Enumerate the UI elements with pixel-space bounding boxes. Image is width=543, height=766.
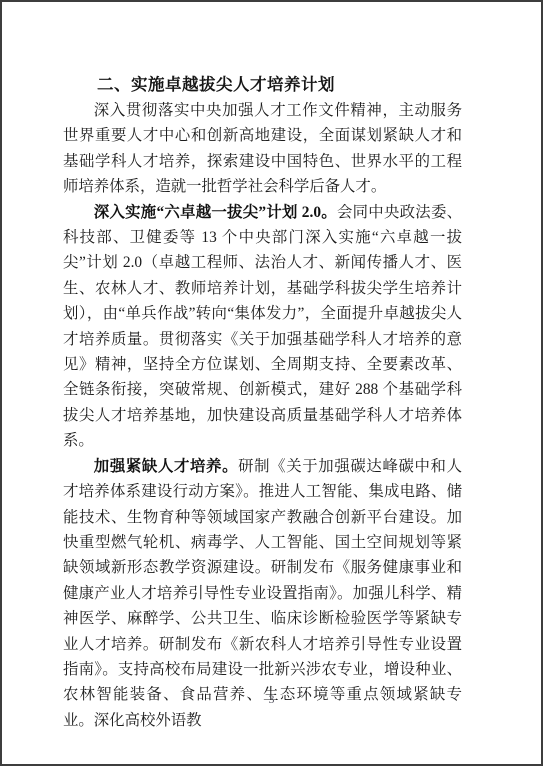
paragraph-intro: 深入贯彻落实中央加强人才工作文件精神，主动服务世界重要人才中心和创新高地建设，全… xyxy=(63,98,462,200)
paragraph-scarce-talent-text: 研制《关于加强碳达峰碳中和人才培养体系建设行动方案》。推进人工智能、集成电路、储… xyxy=(63,458,462,729)
paragraph-six-excellence-lead: 深入实施“六卓越一拔尖”计划 2.0。 xyxy=(94,204,337,221)
paragraph-six-excellence-plan: 深入实施“六卓越一拔尖”计划 2.0。会同中央政法委、科技部、卫健委等 13 个… xyxy=(63,200,462,454)
paragraph-intro-text: 深入贯彻落实中央加强人才工作文件精神，主动服务世界重要人才中心和创新高地建设，全… xyxy=(63,102,462,195)
section-heading: 二、实施卓越拔尖人才培养计划 xyxy=(97,72,462,98)
page-content: 二、实施卓越拔尖人才培养计划 深入贯彻落实中央加强人才工作文件精神，主动服务世界… xyxy=(63,72,462,733)
document-page: 二、实施卓越拔尖人才培养计划 深入贯彻落实中央加强人才工作文件精神，主动服务世界… xyxy=(0,0,543,766)
page-number: 3 xyxy=(2,692,541,706)
paragraph-six-excellence-text: 会同中央政法委、科技部、卫健委等 13 个中央部门深入实施“六卓越一拔尖”计划 … xyxy=(63,204,462,450)
paragraph-scarce-talent-lead: 加强紧缺人才培养。 xyxy=(94,458,238,475)
